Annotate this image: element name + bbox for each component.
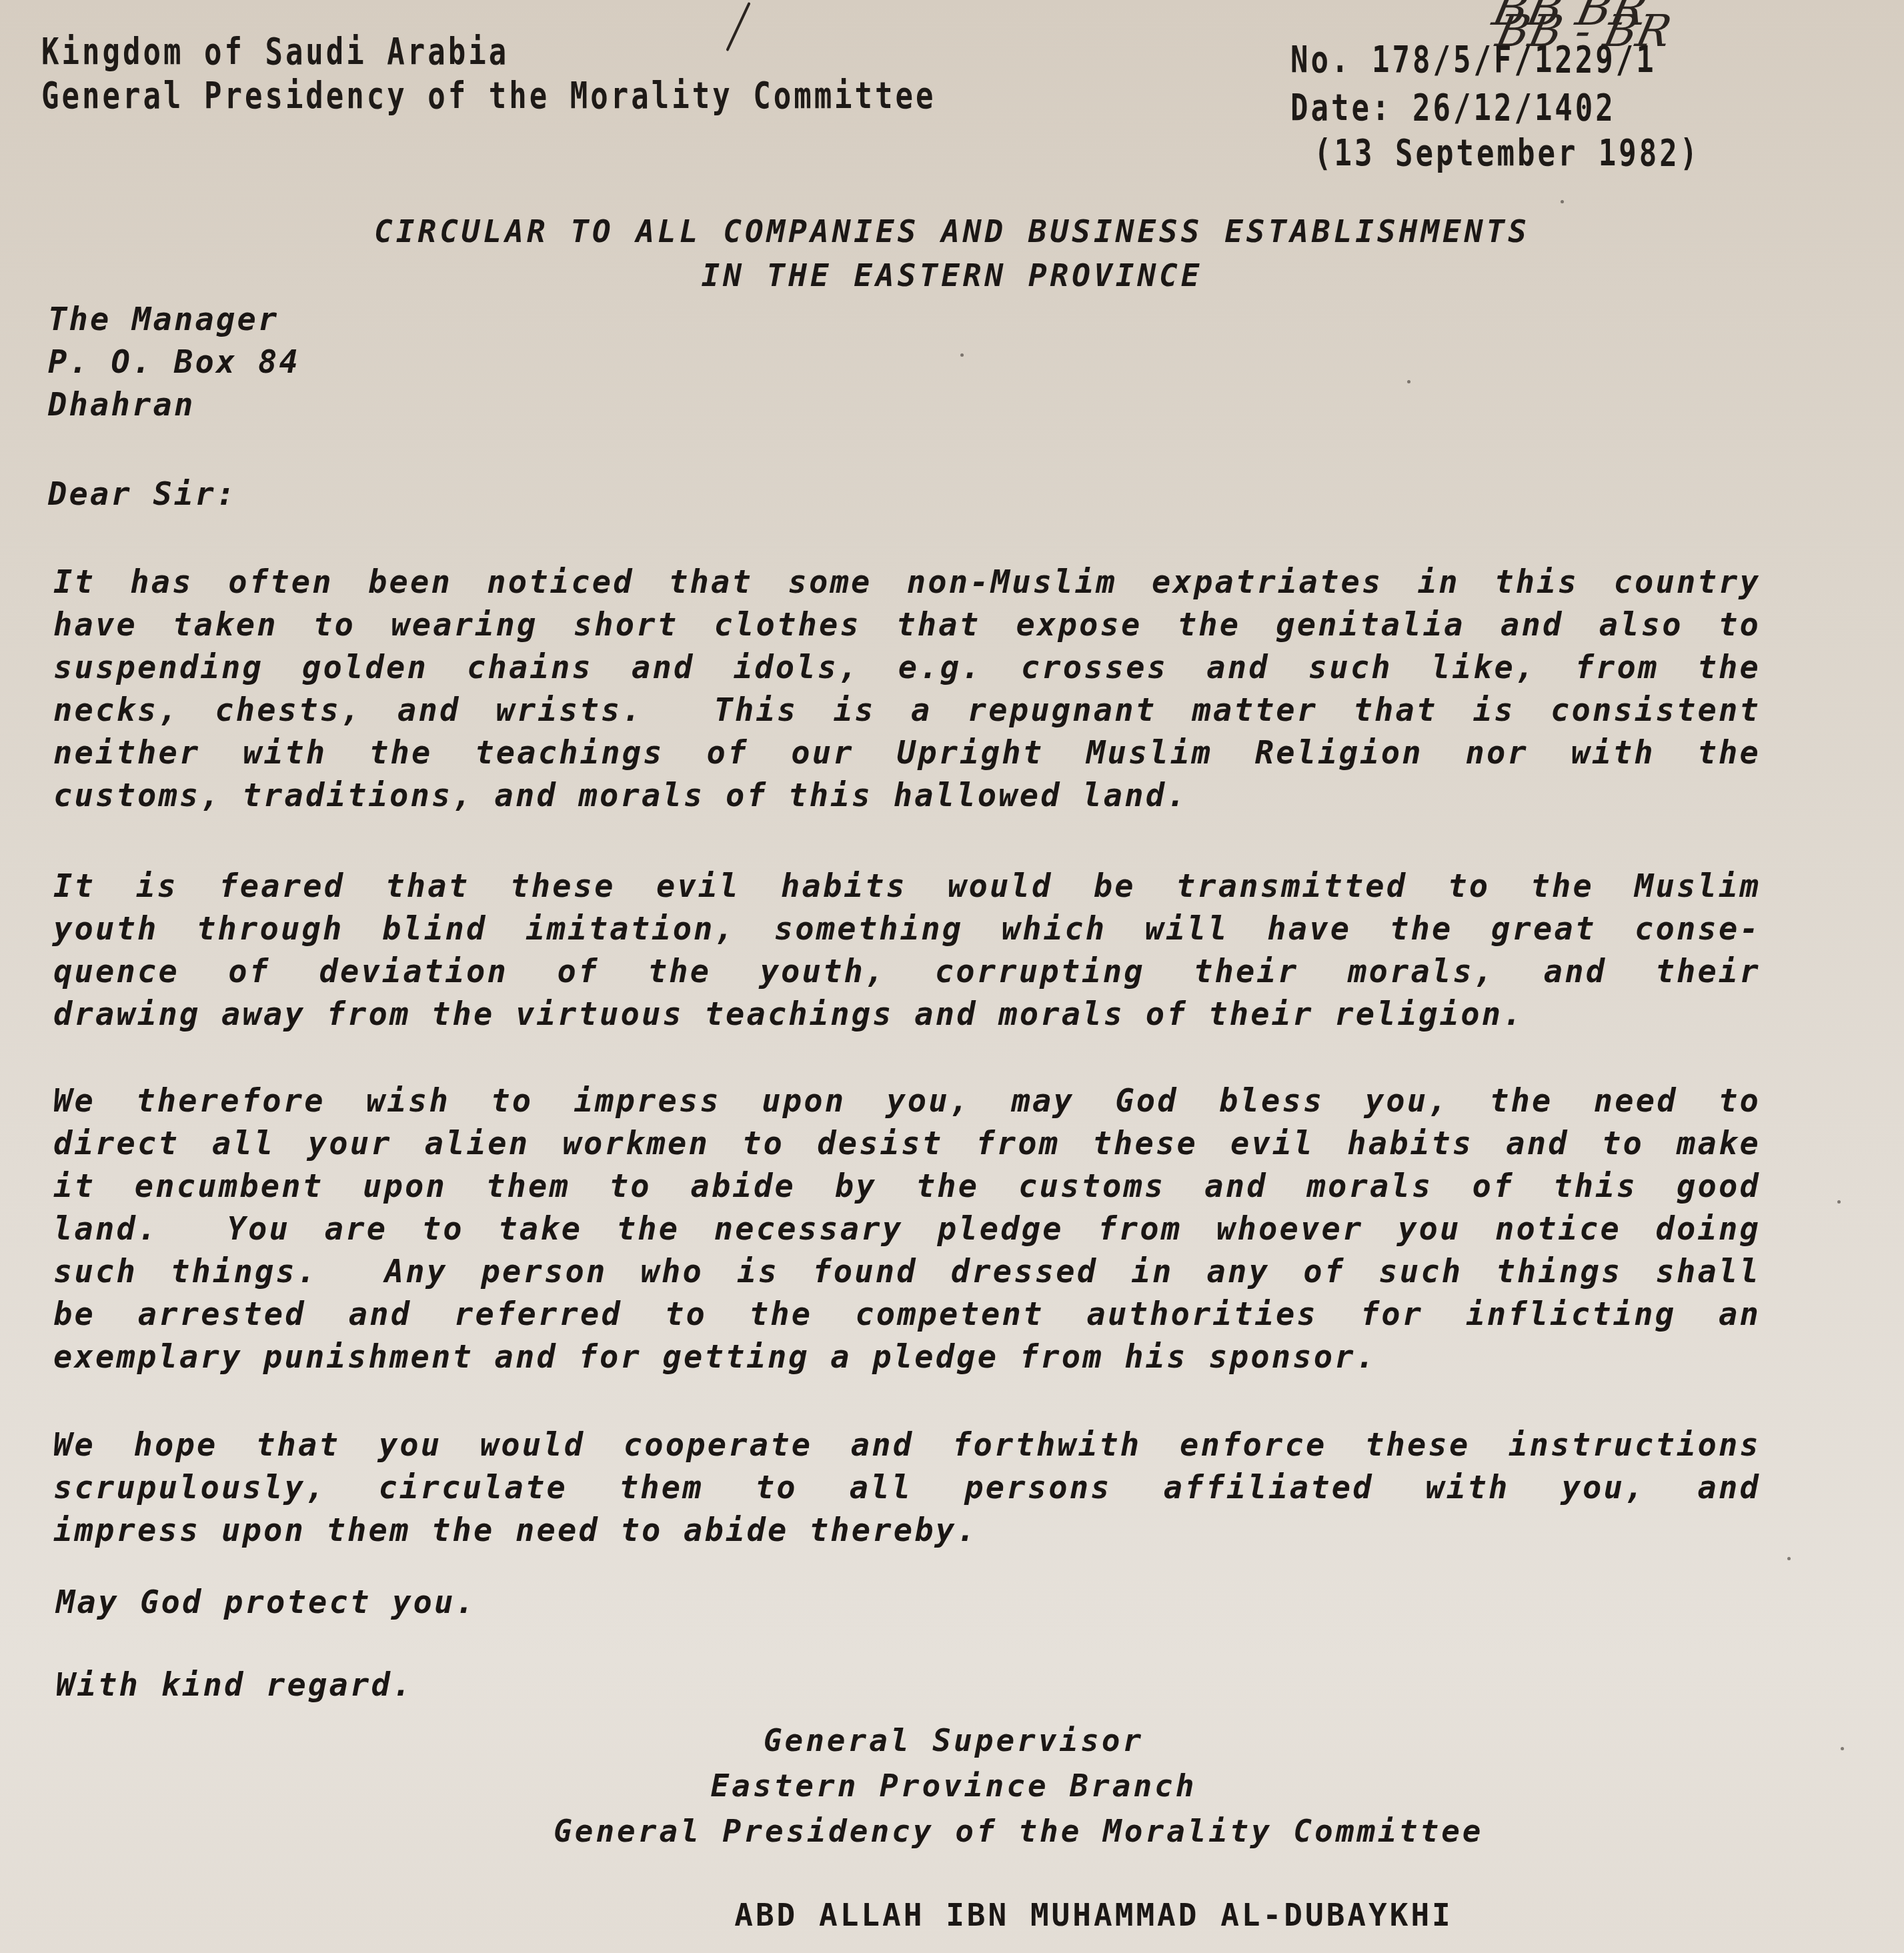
paper-speck <box>1841 1747 1844 1750</box>
signature-branch: Eastern Province Branch <box>620 1764 1287 1807</box>
text-line: We therefore wish to impress upon you, m… <box>53 1080 1761 1123</box>
letterhead-country: Kingdom of Saudi Arabia <box>41 31 509 73</box>
text-line: It has often been noticed that some non-… <box>53 561 1761 604</box>
circular-title-line-1: CIRCULAR TO ALL COMPANIES AND BUSINESS E… <box>0 213 1904 249</box>
text-line: have taken to wearing short clothes that… <box>53 604 1761 647</box>
text-line: We hope that you would cooperate and for… <box>53 1424 1761 1467</box>
addressee-line: P. O. Box 84 <box>48 341 848 384</box>
text-line: drawing away from the virtuous teachings… <box>53 994 1761 1036</box>
scanned-letter-page: BB BR BB - BR Kingdom of Saudi Arabia Ge… <box>0 0 1904 1953</box>
addressee-line: Dhahran <box>48 384 848 427</box>
salutation: Dear Sir: <box>48 473 237 516</box>
text-line: direct all your alien workmen to desist … <box>53 1123 1761 1166</box>
paper-speck <box>1837 1200 1841 1204</box>
paper-speck <box>1407 380 1410 383</box>
paper-speck <box>1787 1557 1791 1560</box>
text-line: youth through blind imitation, something… <box>53 908 1761 951</box>
text-line: exemplary punishment and for getting a p… <box>53 1336 1761 1379</box>
body-paragraph-3: We therefore wish to impress upon you, m… <box>53 1080 1761 1379</box>
text-line: customs, traditions, and morals of this … <box>53 775 1761 817</box>
paper-speck <box>1561 200 1564 203</box>
signatory-name: ABD ALLAH IBN MUHAMMAD AL-DUBAYKHI <box>660 1894 1527 1936</box>
text-line: scrupulously, circulate them to all pers… <box>53 1467 1761 1510</box>
paper-speck <box>960 353 964 357</box>
addressee-line: The Manager <box>48 299 848 341</box>
closing-regards: With kind regard. <box>56 1664 413 1707</box>
text-line: necks, chests, and wrists. This is a rep… <box>53 689 1761 732</box>
text-line: It is feared that these evil habits woul… <box>53 865 1761 908</box>
text-line: such things. Any person who is found dre… <box>53 1251 1761 1294</box>
text-line: impress upon them the need to abide ther… <box>53 1510 1761 1552</box>
text-line: neither with the teachings of our Uprigh… <box>53 732 1761 775</box>
body-paragraph-4: We hope that you would cooperate and for… <box>53 1424 1761 1552</box>
signature-organization: General Presidency of the Morality Commi… <box>554 1810 1407 1852</box>
reference-date-hijri: Date: 26/12/1402 <box>1290 87 1616 129</box>
text-line: land. You are to take the necessary pled… <box>53 1208 1761 1251</box>
text-line: it encumbent upon them to abide by the c… <box>53 1166 1761 1208</box>
addressee-block: The Manager P. O. Box 84 Dhahran <box>48 299 848 427</box>
reference-number: No. 178/5/F/1229/1 <box>1290 39 1657 81</box>
text-line: quence of deviation of the youth, corrup… <box>53 951 1761 994</box>
text-line: suspending golden chains and idols, e.g.… <box>53 647 1761 689</box>
closing-blessing: May God protect you. <box>56 1582 476 1624</box>
text-line: be arrested and referred to the competen… <box>53 1294 1761 1336</box>
body-paragraph-1: It has often been noticed that some non-… <box>53 561 1761 817</box>
circular-title-line-2: IN THE EASTERN PROVINCE <box>0 257 1904 293</box>
pen-stroke-mark <box>726 2 750 51</box>
reference-date-gregorian: (13 September 1982) <box>1314 132 1700 175</box>
signature-title: General Supervisor <box>620 1719 1287 1762</box>
letterhead-organization: General Presidency of the Morality Commi… <box>41 75 936 117</box>
body-paragraph-2: It is feared that these evil habits woul… <box>53 865 1761 1036</box>
